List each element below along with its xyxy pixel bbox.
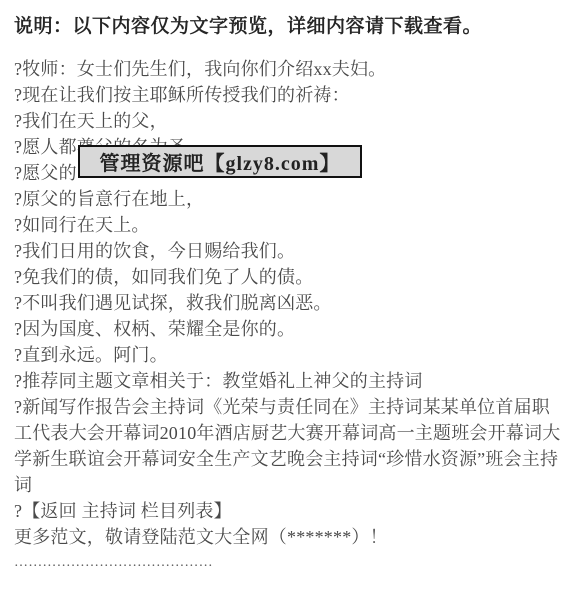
watermark-box: 管理资源吧【glzy8.com】 <box>78 145 362 178</box>
text-line: ?【返回 主持词 栏目列表】 <box>14 498 564 524</box>
text-line: ?不叫我们遇见试探，救我们脱离凶恶。 <box>14 290 564 316</box>
preview-body: ?牧师：女士们先生们，我向你们介绍xx夫妇。 ?现在让我们按主耶稣所传授我们的祈… <box>14 56 564 576</box>
text-line: ?推荐同主题文章相关于：教堂婚礼上神父的主持词 <box>14 368 564 394</box>
preview-notice: 说明：以下内容仅为文字预览，详细内容请下载查看。 <box>14 14 564 40</box>
dots-line: …………………………………… <box>14 550 564 576</box>
text-preview-page: 说明：以下内容仅为文字预览，详细内容请下载查看。 ?牧师：女士们先生们，我向你们… <box>0 0 578 600</box>
text-line: ?直到永远。阿门。 <box>14 342 564 368</box>
text-line: ?我们日用的饮食，今日赐给我们。 <box>14 238 564 264</box>
text-line: ?原父的旨意行在地上， <box>14 186 564 212</box>
text-line: ?新闻写作报告会主持词《光荣与责任同在》主持词某某单位首届职工代表大会开幕词20… <box>14 394 564 498</box>
text-line: ?我们在天上的父， <box>14 108 564 134</box>
watermark-label: 管理资源吧【glzy8.com】 <box>100 147 341 176</box>
text-line: ?免我们的债，如同我们免了人的债。 <box>14 264 564 290</box>
text-line: ?如同行在天上。 <box>14 212 564 238</box>
text-line: ?现在让我们按主耶稣所传授我们的祈祷： <box>14 82 564 108</box>
text-line: ?牧师：女士们先生们，我向你们介绍xx夫妇。 <box>14 56 564 82</box>
text-line: 更多范文，敬请登陆范文大全网（*******）！ <box>14 524 564 550</box>
text-line: ?因为国度、权柄、荣耀全是你的。 <box>14 316 564 342</box>
